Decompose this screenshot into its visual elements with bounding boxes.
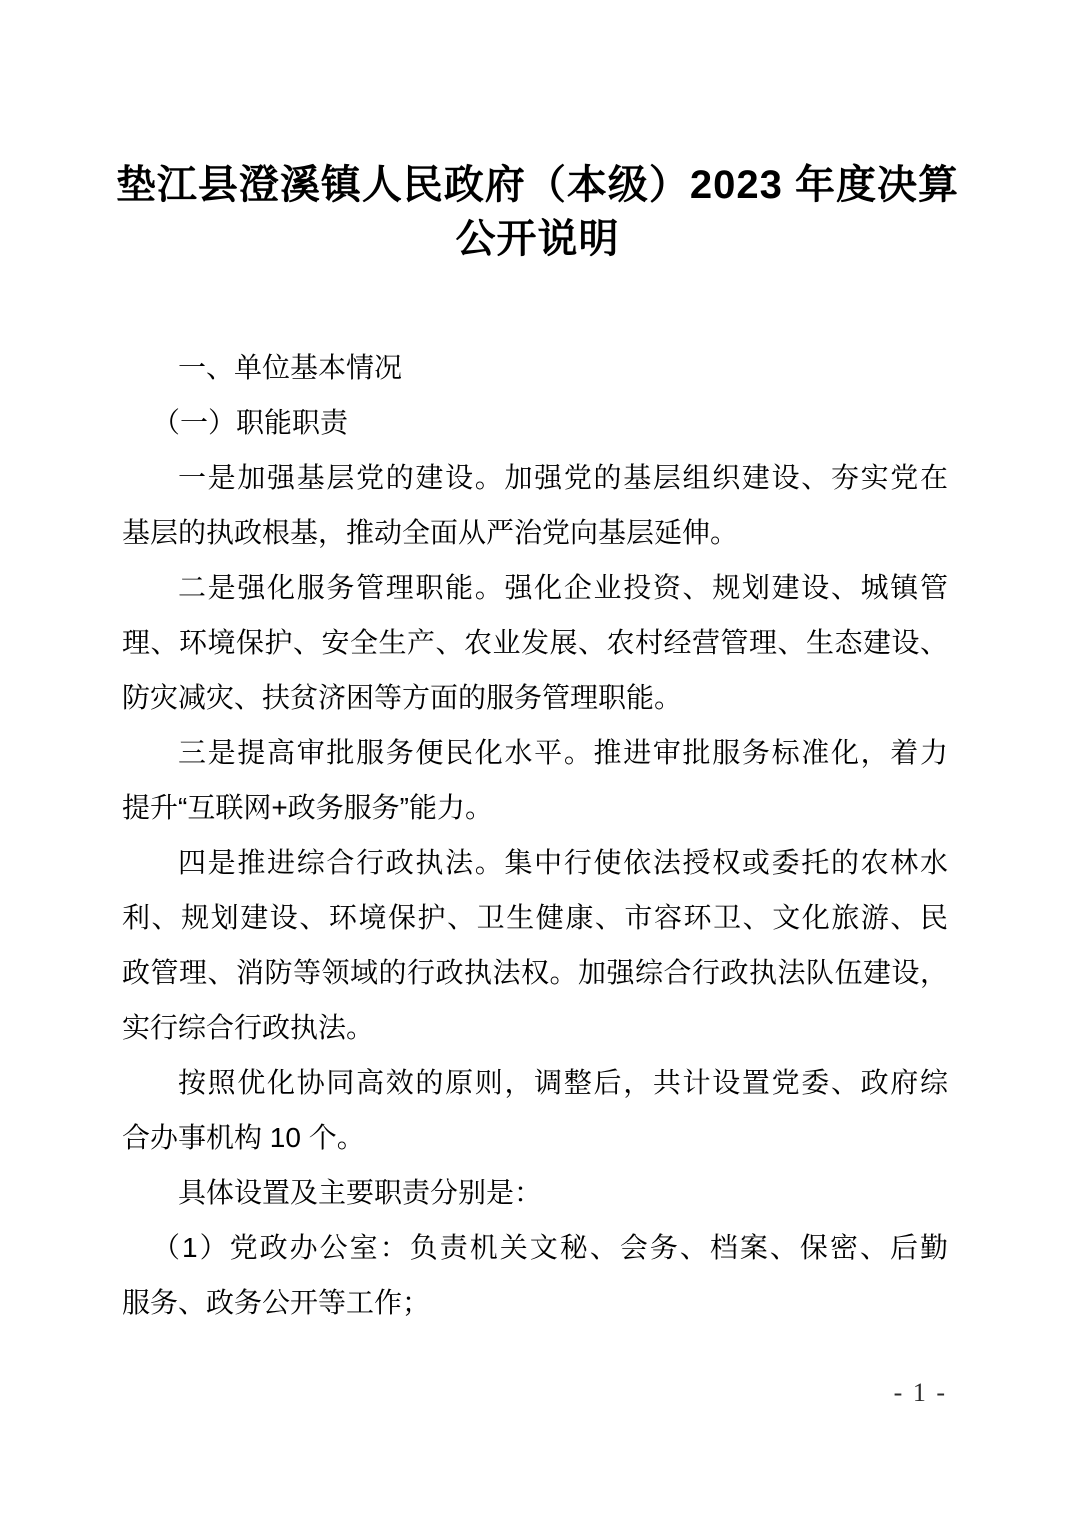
document-body: 一、单位基本情况 （一）职能职责 一是加强基层党的建设。加强党的基层组织建设、夯… <box>122 340 948 1330</box>
subsection-heading-1-1: （一）职能职责 <box>122 395 948 450</box>
page-number: - 1 - <box>894 1378 947 1408</box>
paragraph-line: 防灾减灾、扶贫济困等方面的服务管理职能。 <box>122 670 948 725</box>
paragraph-line: 政管理、消防等领域的行政执法权。加强综合行政执法队伍建设， <box>122 945 948 1000</box>
paragraph-line: 三是提高审批服务便民化水平。推进审批服务标准化，着力 <box>122 725 948 780</box>
paragraph-line: 利、规划建设、环境保护、卫生健康、市容环卫、文化旅游、民 <box>122 890 948 945</box>
paragraph-line: 实行综合行政执法。 <box>122 1000 948 1055</box>
section-heading-1: 一、单位基本情况 <box>122 340 948 395</box>
paragraph-line: 一是加强基层党的建设。加强党的基层组织建设、夯实党在 <box>122 450 948 505</box>
paragraph-line: 具体设置及主要职责分别是： <box>122 1165 948 1220</box>
paragraph-line: 基层的执政根基，推动全面从严治党向基层延伸。 <box>122 505 948 560</box>
document-page: 垫江县澄溪镇人民政府（本级）2023 年度决算 公开说明 一、单位基本情况 （一… <box>0 0 1075 1520</box>
paragraph-line: 四是推进综合行政执法。集中行使依法授权或委托的农林水 <box>122 835 948 890</box>
paragraph-line: 理、环境保护、安全生产、农业发展、农村经营管理、生态建设、 <box>122 615 948 670</box>
paragraph-line: 提升“互联网+政务服务”能力。 <box>122 780 948 835</box>
paragraph-line: 二是强化服务管理职能。强化企业投资、规划建设、城镇管 <box>122 560 948 615</box>
paragraph-line: 服务、政务公开等工作； <box>122 1275 948 1330</box>
title-line-2: 公开说明 <box>0 212 1075 266</box>
document-title: 垫江县澄溪镇人民政府（本级）2023 年度决算 公开说明 <box>0 0 1075 266</box>
paragraph-line: 合办事机构 10 个。 <box>122 1110 948 1165</box>
paragraph-line: 按照优化协同高效的原则，调整后，共计设置党委、政府综 <box>122 1055 948 1110</box>
title-line-1: 垫江县澄溪镇人民政府（本级）2023 年度决算 <box>0 158 1075 212</box>
paragraph-line: （1）党政办公室：负责机关文秘、会务、档案、保密、后勤 <box>122 1220 948 1275</box>
